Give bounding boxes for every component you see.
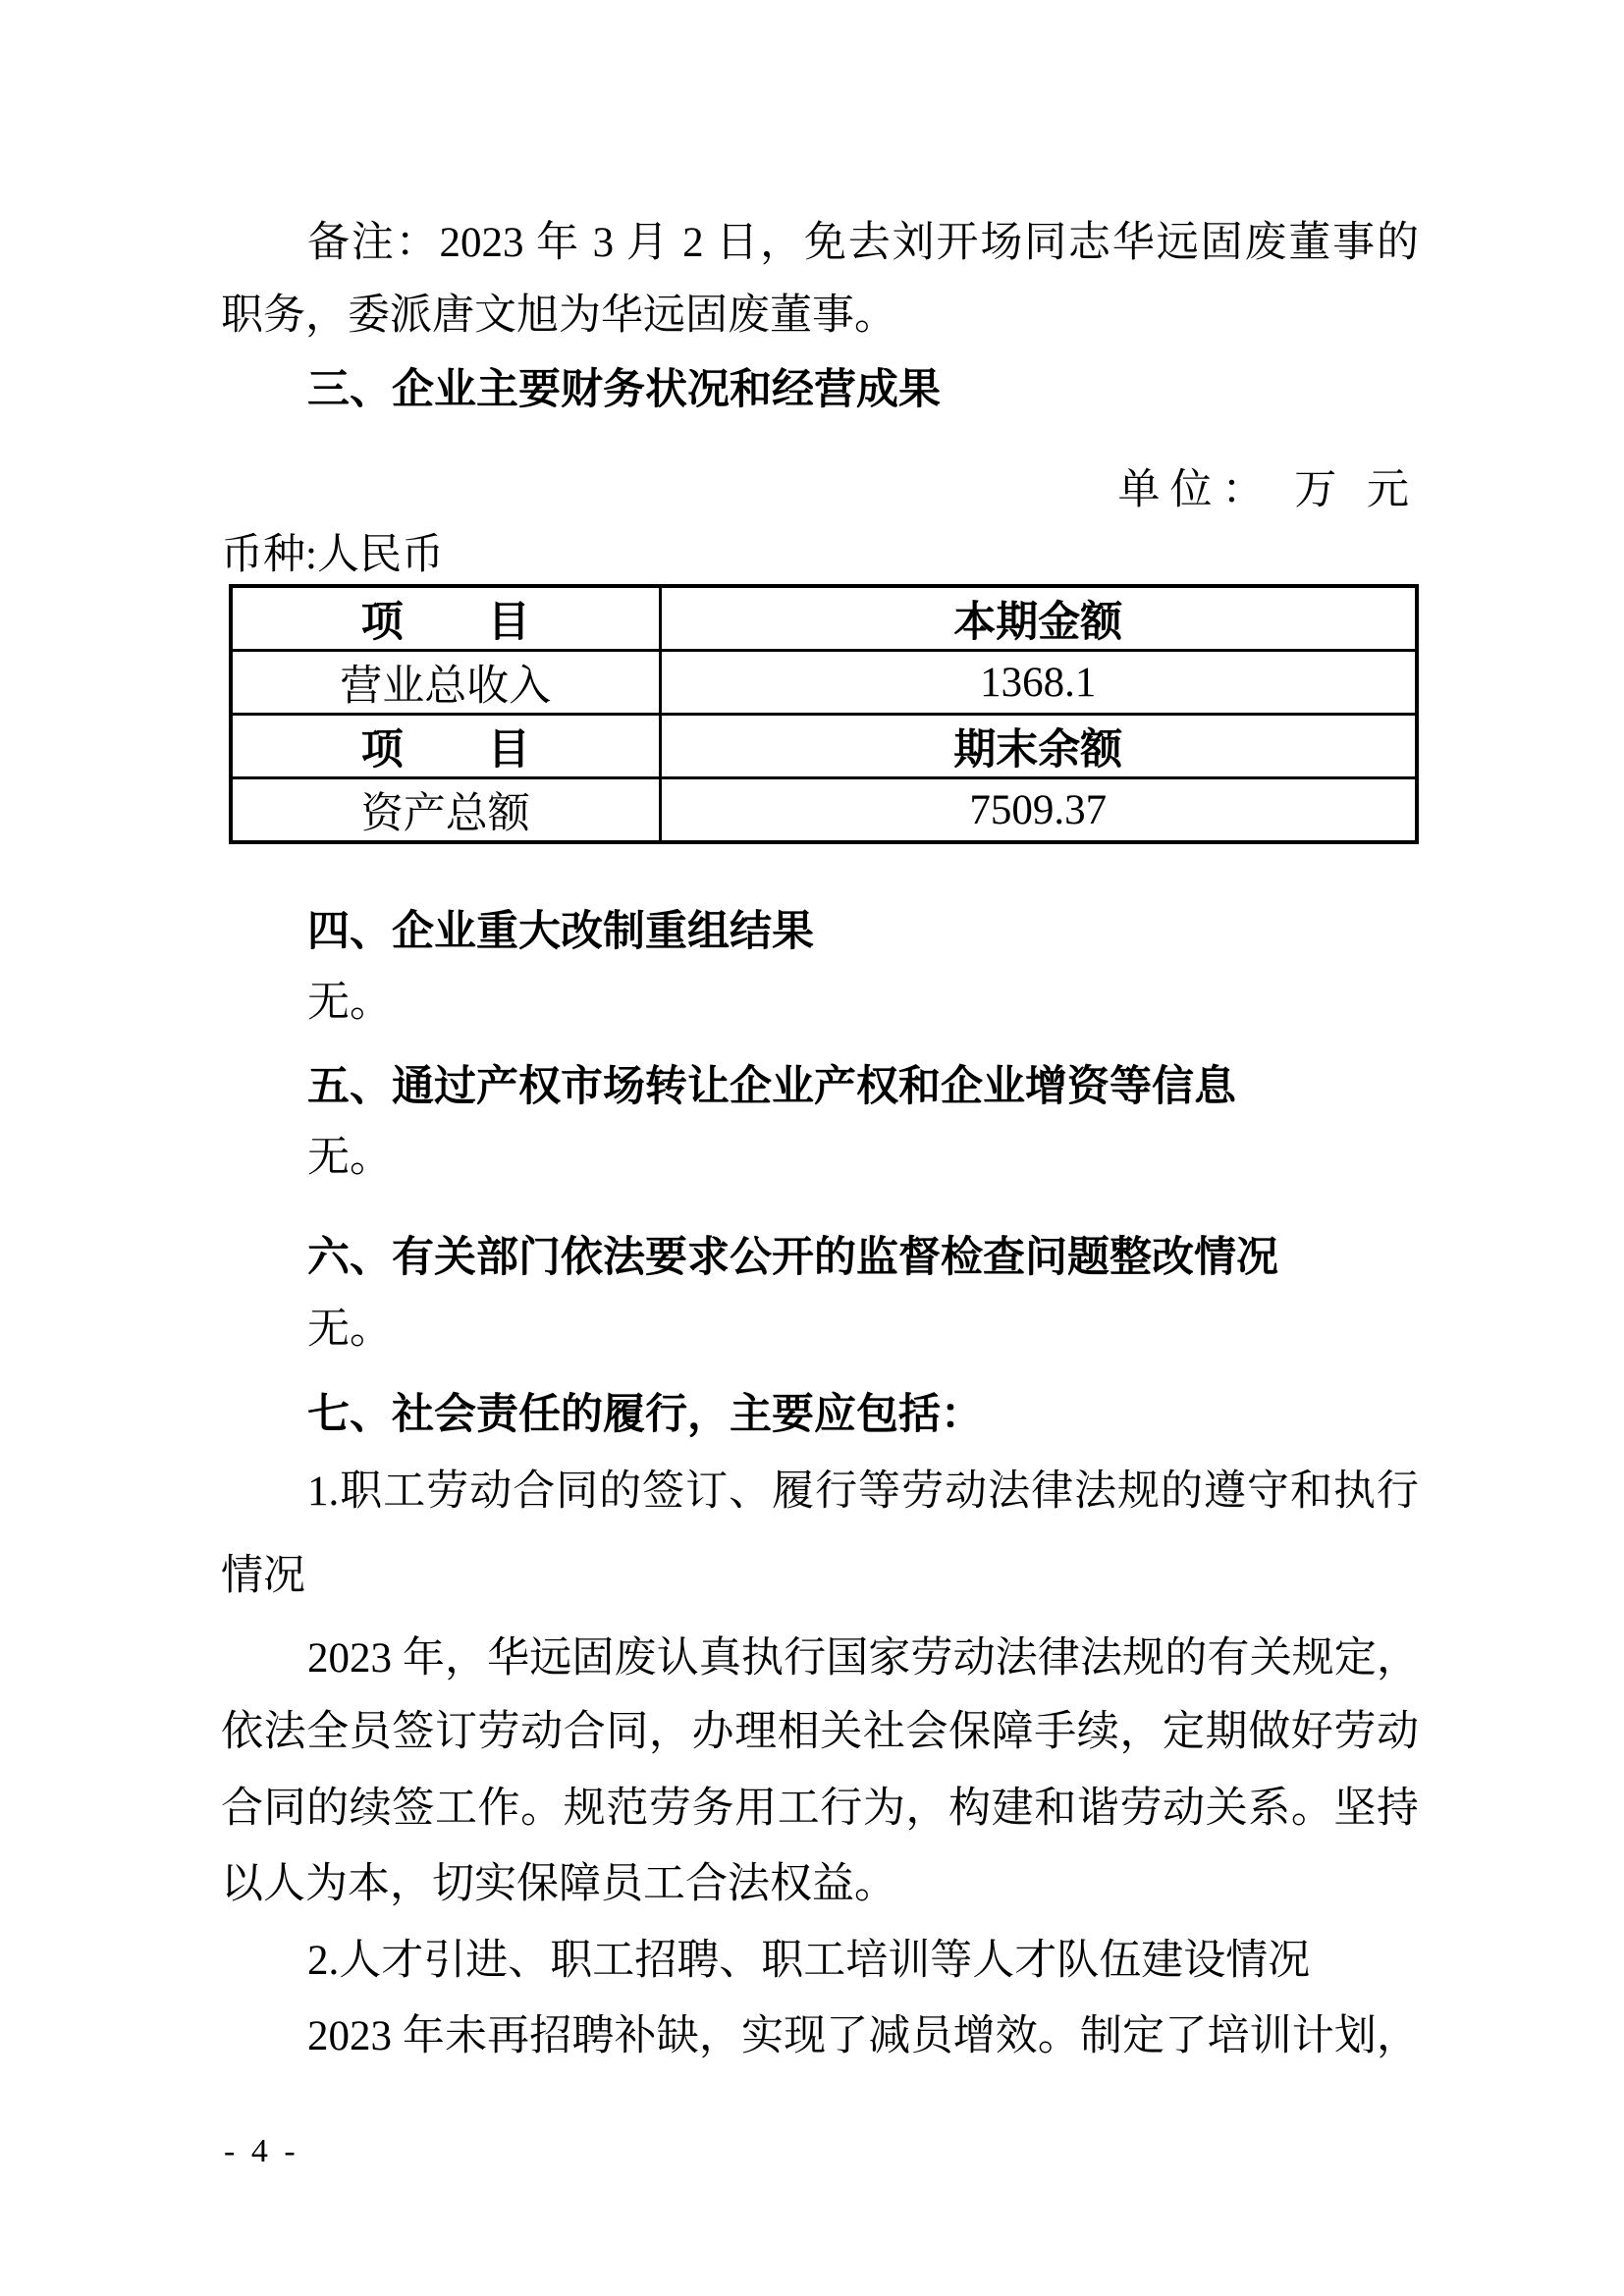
currency-note: 币种:人民币 [221, 521, 1419, 590]
section-7-item-1-line-1: 1.职工劳动合同的签订、履行等劳动法律法规的遵守和执行 [221, 1458, 1419, 1526]
table-header-item-2: 项 目 [231, 715, 660, 778]
section-6-heading: 六、有关部门依法要求公开的监督检查问题整改情况 [221, 1224, 1419, 1293]
finance-table-header-row-1: 项 目 本期金额 [231, 586, 1417, 651]
note-paragraph-line-2: 职务，委派唐文旭为华远固废董事。 [221, 282, 1419, 350]
section-3-heading: 三、企业主要财务状况和经营成果 [221, 356, 1419, 425]
table-header-ending-balance: 期末余额 [660, 715, 1417, 778]
section-7-paragraph-1-line-1: 2023 年，华远固废认真执行国家劳动法律法规的有关规定， [221, 1625, 1419, 1693]
section-7-paragraph-1-line-2: 依法全员签订劳动合同，办理相关社会保障手续，定期做好劳动 [221, 1698, 1419, 1767]
section-5-heading: 五、通过产权市场转让企业产权和企业增资等信息 [221, 1053, 1419, 1122]
table-cell-revenue-value: 1368.1 [660, 651, 1417, 715]
section-7-item-2: 2.人才引进、职工招聘、职工培训等人才队伍建设情况 [221, 1927, 1419, 1996]
table-cell-assets-label: 资产总额 [231, 778, 660, 843]
document-page: 备注：2023 年 3 月 2 日，免去刘开场同志华远固废董事的 职务，委派唐文… [0, 0, 1624, 2296]
section-7-item-1-line-2: 情况 [221, 1542, 1419, 1611]
table-cell-assets-value: 7509.37 [660, 778, 1417, 843]
section-5-body: 无。 [221, 1124, 1419, 1193]
section-4-body: 无。 [221, 969, 1419, 1038]
finance-table-row-assets: 资产总额 7509.37 [231, 778, 1417, 843]
finance-table: 项 目 本期金额 营业总收入 1368.1 项 目 期末余额 资产总额 7509… [229, 584, 1419, 844]
section-7-paragraph-2-line-1: 2023 年未再招聘补缺，实现了减员增效。制定了培训计划， [221, 2002, 1419, 2071]
section-7-heading: 七、社会责任的履行，主要应包括： [221, 1381, 1419, 1450]
table-header-item: 项 目 [231, 586, 660, 651]
finance-table-row-revenue: 营业总收入 1368.1 [231, 651, 1417, 715]
page-number: - 4 - [224, 2132, 299, 2171]
section-4-heading: 四、企业重大改制重组结果 [221, 898, 1419, 967]
section-6-body: 无。 [221, 1296, 1419, 1364]
finance-table-header-row-2: 项 目 期末余额 [231, 715, 1417, 778]
table-cell-revenue-label: 营业总收入 [231, 651, 660, 715]
table-header-current-amount: 本期金额 [660, 586, 1417, 651]
unit-note: 单位： 万 元 [221, 456, 1419, 525]
section-7-paragraph-1-line-3: 合同的续签工作。规范劳务用工行为，构建和谐劳动关系。坚持 [221, 1775, 1419, 1843]
section-7-paragraph-1-line-4: 以人为本，切实保障员工合法权益。 [221, 1850, 1419, 1919]
note-paragraph-line-1: 备注：2023 年 3 月 2 日，免去刘开场同志华远固废董事的 [221, 209, 1419, 278]
